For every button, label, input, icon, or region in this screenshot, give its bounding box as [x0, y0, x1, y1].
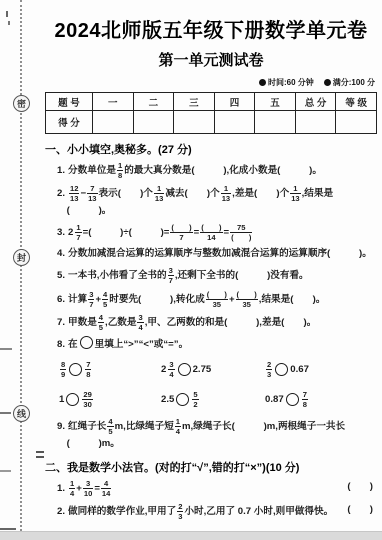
judge-question-1: ( )1.14+310=414	[45, 479, 377, 498]
score-table-header-row: 题 号 一 二 三 四 五 总 分 等 级	[46, 93, 377, 111]
comparison-circle	[69, 363, 82, 376]
fraction: 713	[87, 184, 97, 203]
fullscore-icon	[324, 79, 331, 86]
crop-mark	[6, 11, 8, 17]
answer-blank: ( )	[347, 502, 373, 518]
fraction: ( )14	[200, 223, 222, 242]
question-body: 计算37+45时要先( ),转化成( )35+( )35,结果是( )。	[68, 294, 325, 305]
fraction: 89	[60, 360, 66, 379]
fraction: 2930	[82, 390, 92, 409]
fraction: 17	[75, 223, 81, 242]
question-3: 3.217=( )÷( )=( )7=( )14=75( )	[45, 223, 377, 242]
score-empty-cell	[174, 111, 215, 134]
score-empty-cell	[214, 111, 255, 134]
comparison-circle	[178, 363, 191, 376]
fraction: 45	[98, 313, 104, 332]
mixed-number-whole: 2	[68, 227, 73, 238]
comparison-circle	[66, 393, 79, 406]
stray-mark	[36, 451, 44, 453]
question-number: 6.	[57, 294, 65, 305]
judge-question-2: ( )2.做同样的数学作业,甲用了23小时,乙用了 0.7 小时,则甲做得快。	[45, 502, 377, 521]
fraction: 45	[107, 417, 113, 436]
question-number: 1.	[57, 165, 65, 176]
question-body: 分数单位是18的最大真分数是( ),化成小数是( )。	[68, 165, 322, 176]
unit-subtitle: 第一单元测试卷	[45, 49, 377, 70]
crop-mark	[0, 348, 12, 350]
question-number: 9.	[57, 421, 65, 432]
comparison-item: 12930	[59, 386, 161, 413]
comparison-item: 230.67	[265, 356, 377, 383]
question-6: 6.计算37+45时要先( ),转化成( )35+( )35,结果是( )。	[45, 290, 377, 309]
fraction: 18	[117, 161, 123, 180]
score-row-label: 得 分	[46, 111, 93, 134]
crop-mark	[0, 528, 16, 530]
score-empty-cell	[255, 111, 296, 134]
score-table: 题 号 一 二 三 四 五 总 分 等 级 得 分	[45, 92, 377, 134]
section-2-heading: 二、我是数学小法官。(对的打“√”,错的打“×”)(10 分)	[45, 459, 377, 475]
score-table-score-row: 得 分	[46, 111, 377, 134]
score-header-cell: 题 号	[46, 93, 93, 111]
comparison-row-1: 8978 2342.75 230.67	[45, 356, 377, 383]
section-1-heading: 一、小小填空,奥秘多。(27 分)	[45, 141, 377, 157]
fraction: 14	[175, 417, 181, 436]
paper-title: 2024北师版五年级下册数学单元卷	[45, 14, 377, 43]
question-7: 7.甲数是45,乙数是34,甲、乙两数的和是( ),差是( )。	[45, 313, 377, 332]
question-number: 2.	[57, 188, 65, 199]
comparison-item: 2342.75	[161, 356, 265, 383]
fraction: 113	[290, 184, 300, 203]
question-number: 7.	[57, 317, 65, 328]
fraction: 78	[302, 390, 308, 409]
question-number: 8.	[57, 339, 65, 350]
score-empty-cell	[336, 111, 377, 134]
seal-mark-xian: 线	[13, 405, 30, 422]
time-label: 时间:60 分钟	[268, 78, 314, 87]
question-9: 9.红绳子长45m,比绿绳子短14m,绿绳子长( )m,两根绳子一共长 ( )m…	[45, 417, 377, 452]
fraction: 37	[88, 290, 94, 309]
comparison-circle	[275, 363, 288, 376]
score-empty-cell	[133, 111, 174, 134]
comparison-row-2: 12930 2.552 0.8778	[45, 386, 377, 413]
question-body: 分数加减混合运算的运算顺序与整数加减混合运算的运算顺序( )。	[68, 248, 372, 259]
fraction: 34	[137, 313, 143, 332]
question-1: 1.分数单位是18的最大真分数是( ),化成小数是( )。	[45, 161, 377, 180]
comparison-item: 0.8778	[265, 386, 377, 413]
time-icon	[259, 79, 266, 86]
question-body: 做同样的数学作业,甲用了23小时,乙用了 0.7 小时,则甲做得快。	[68, 506, 333, 517]
fraction: 37	[168, 266, 174, 285]
question-body: 在里填上“>”“<”或“=”。	[68, 339, 188, 350]
question-number: 1.	[57, 483, 65, 494]
seal-mark-mi: 密	[13, 95, 30, 112]
crop-mark	[0, 412, 11, 414]
question-2: 2.1213−713表示( )个113减去( )个113,差是( )个113,结…	[45, 184, 377, 219]
fraction: 23	[266, 360, 272, 379]
fraction: 113	[221, 184, 231, 203]
meta-line: 时间:60 分钟满分:100 分	[45, 77, 377, 88]
fraction: 78	[85, 360, 91, 379]
question-number: 3.	[57, 227, 65, 238]
fraction: ( )35	[236, 290, 258, 309]
fullscore-label: 满分:100 分	[333, 78, 375, 87]
question-4: 4.分数加减混合运算的运算顺序与整数加减混合运算的运算顺序( )。	[45, 246, 377, 262]
score-header-cell: 二	[133, 93, 174, 111]
fraction: ( )7	[170, 223, 192, 242]
crop-mark	[8, 21, 10, 25]
fraction: 23	[177, 502, 183, 521]
question-body: 14+310=414	[68, 483, 112, 494]
fraction: 52	[192, 390, 198, 409]
fraction: 75( )	[230, 223, 252, 242]
question-number: 2.	[57, 506, 65, 517]
crop-mark	[0, 470, 11, 472]
comparison-circle	[80, 336, 93, 349]
question-8: 8.在里填上“>”“<”或“=”。	[45, 336, 377, 353]
score-empty-cell	[295, 111, 336, 134]
seal-mark-feng: 封	[13, 249, 30, 266]
mixed-number-whole: 2	[161, 364, 166, 375]
fraction: 14	[69, 479, 75, 498]
score-header-cell: 一	[93, 93, 134, 111]
stray-mark	[36, 456, 44, 458]
score-empty-cell	[93, 111, 134, 134]
score-header-cell: 五	[255, 93, 296, 111]
fraction: 45	[102, 290, 108, 309]
question-body: 217=( )÷( )=( )7=( )14=75( )	[68, 227, 253, 238]
score-header-cell: 四	[214, 93, 255, 111]
question-body: 甲数是45,乙数是34,甲、乙两数的和是( ),差是( )。	[68, 317, 316, 328]
fraction: 34	[168, 360, 174, 379]
comparison-item: 8978	[59, 356, 161, 383]
comparison-circle	[176, 393, 189, 406]
test-paper-sheet: 密 封 线 2024北师版五年级下册数学单元卷 第一单元测试卷 时间:60 分钟…	[0, 0, 382, 540]
question-body: 1213−713表示( )个113减去( )个113,差是( )个113,结果是…	[57, 188, 333, 216]
score-header-cell: 三	[174, 93, 215, 111]
paper-bottom-edge	[0, 531, 382, 540]
fraction: 414	[101, 479, 111, 498]
score-header-cell: 总 分	[295, 93, 336, 111]
fraction: ( )35	[206, 290, 228, 309]
question-number: 5.	[57, 270, 65, 281]
fraction: 310	[83, 479, 93, 498]
fraction: 113	[154, 184, 164, 203]
fraction: 1213	[69, 184, 79, 203]
comparison-item: 2.552	[161, 386, 265, 413]
answer-blank: ( )	[347, 479, 373, 495]
question-number: 4.	[57, 248, 65, 259]
question-5: 5.一本书,小伟看了全书的37,还剩下全书的( )没有看。	[45, 266, 377, 285]
comparison-circle	[286, 393, 299, 406]
question-body: 红绳子长45m,比绿绳子短14m,绿绳子长( )m,两根绳子一共长 ( )m。	[57, 421, 345, 449]
question-body: 一本书,小伟看了全书的37,还剩下全书的( )没有看。	[68, 270, 309, 281]
score-header-cell: 等 级	[336, 93, 377, 111]
